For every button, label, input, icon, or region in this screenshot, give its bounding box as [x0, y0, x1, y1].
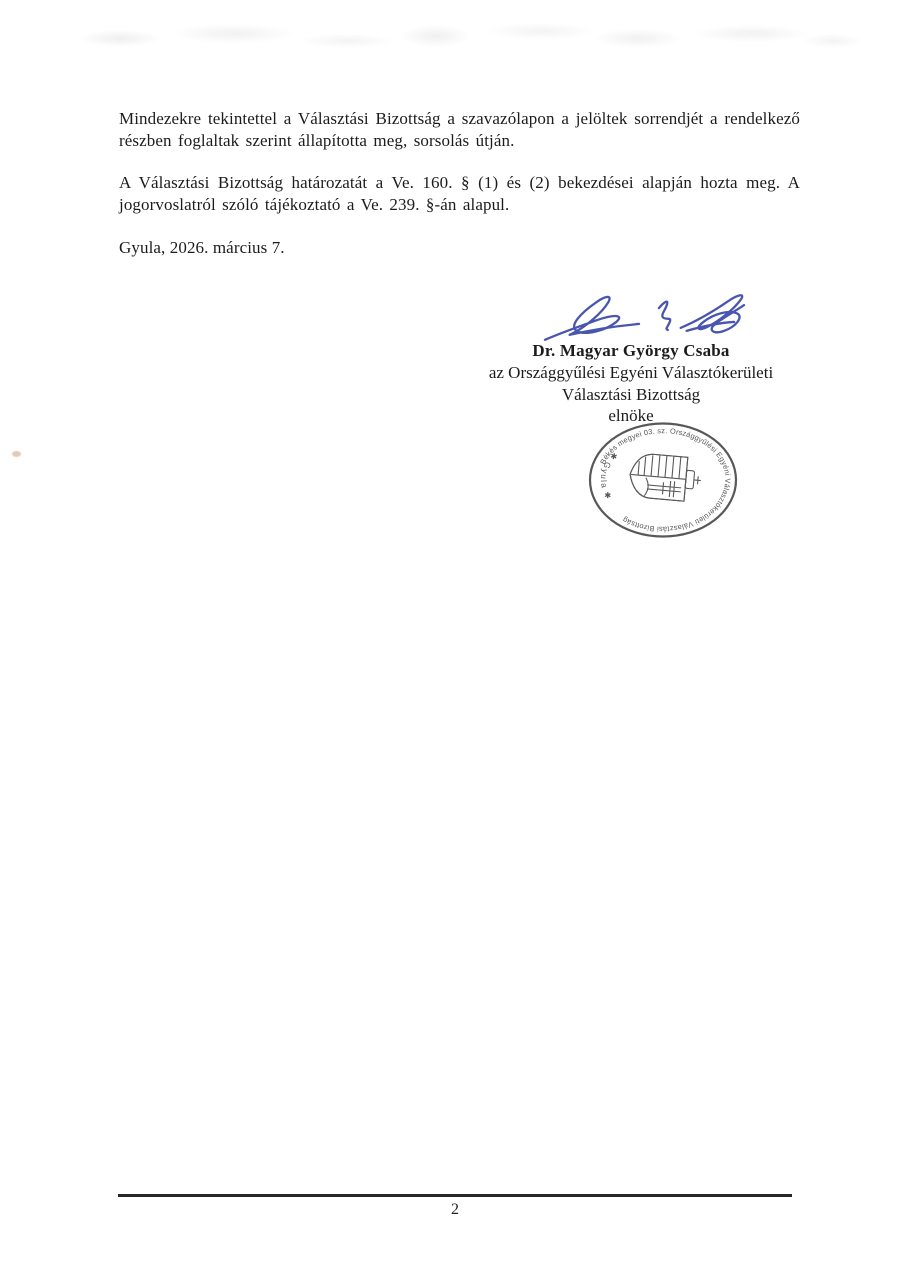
signatory-name: Dr. Magyar György Csaba [430, 340, 832, 362]
scan-speck [12, 451, 21, 457]
signatory-org-line2: Választási Bizottság [430, 384, 832, 406]
signatory-org-line1: az Országgyűlési Egyéni Választókerületi [430, 362, 832, 384]
place-date-line: Gyula, 2026. március 7. [119, 237, 285, 259]
scan-noise-band [55, 12, 865, 60]
paragraph-sorsolas: Mindezekre tekintettel a Választási Bizo… [119, 108, 800, 151]
coat-of-arms [628, 452, 703, 502]
signature-ink [540, 286, 748, 346]
official-stamp: Békés megyei 03. sz. Országgyűlési Egyén… [580, 415, 750, 545]
footer-rule [118, 1194, 792, 1197]
paragraph-jogalap: A Választási Bizottság határozatát a Ve.… [119, 172, 800, 215]
page-number: 2 [118, 1201, 792, 1219]
scanned-document-page: Mindezekre tekintettel a Választási Bizo… [0, 0, 905, 1280]
